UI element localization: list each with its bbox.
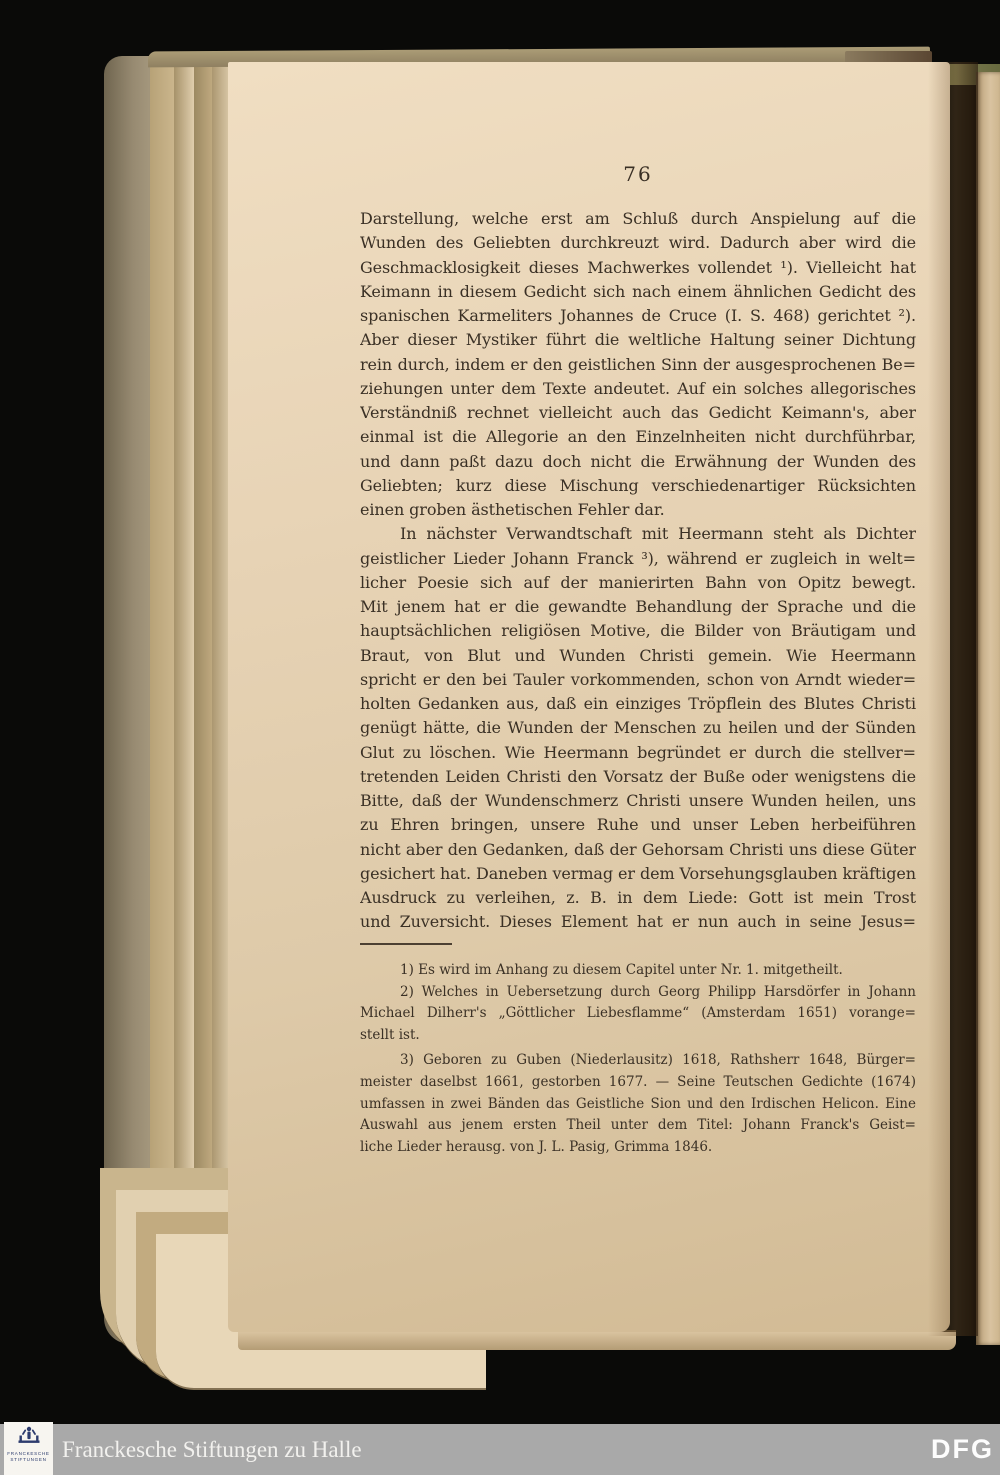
text-line: holten Gedanken aus, daß ein einziges Tr… xyxy=(360,692,916,716)
text-line: nicht aber den Gedanken, daß der Gehorsa… xyxy=(360,838,916,862)
footnote-line: Auswahl aus jenem ersten Theil unter dem… xyxy=(360,1115,916,1137)
text-line: spricht er den bei Tauler vorkommenden, … xyxy=(360,668,916,692)
page-stack-edge xyxy=(150,58,176,1348)
text-line: tretenden Leiden Christi den Vorsatz der… xyxy=(360,765,916,789)
footnote-separator xyxy=(360,943,452,945)
text-line: licher Poesie sich auf der manierirten B… xyxy=(360,571,916,595)
institution-name: Franckesche Stiftungen zu Halle xyxy=(62,1424,362,1475)
footnote-line: meister daselbst 1661, gestorben 1677. —… xyxy=(360,1072,916,1094)
book-page: 76 Darstellung, welche erst am Schluß du… xyxy=(228,62,950,1332)
text-line: Bitte, daß der Wundenschmerz Christi uns… xyxy=(360,789,916,813)
text-line: Mit jenem hat er die gewandte Behandlung… xyxy=(360,595,916,619)
dfg-logo: DFG xyxy=(931,1424,994,1475)
facing-page-sliver xyxy=(976,72,1000,1345)
footnote-1: 1) Es wird im Anhang zu diesem Capitel u… xyxy=(360,960,916,982)
footnote-line: Michael Dilherr's „Göttlicher Liebesflam… xyxy=(360,1003,916,1025)
text-line: und Zuversicht. Dieses Element hat er nu… xyxy=(360,910,916,934)
text-line: zu Ehren bringen, unsere Ruhe und unser … xyxy=(360,813,916,837)
text-line: Geliebten; kurz diese Mischung verschied… xyxy=(360,474,916,498)
footnote-line: 2) Welches in Uebersetzung durch Georg P… xyxy=(360,982,916,1004)
footnote-line: liche Lieder herausg. von J. L. Pasig, G… xyxy=(360,1137,916,1159)
text-line: Keimann in diesem Gedicht sich nach eine… xyxy=(360,280,916,304)
text-line: genügt hätte, die Wunden der Menschen zu… xyxy=(360,716,916,740)
text-line: einen groben ästhetischen Fehler dar. xyxy=(360,498,916,522)
text-line: und dann paßt dazu doch nicht die Erwähn… xyxy=(360,450,916,474)
text-line: Braut, von Blut und Wunden Christi gemei… xyxy=(360,644,916,668)
text-line: hauptsächlichen religiösen Motive, die B… xyxy=(360,619,916,643)
footnote-line: stellt ist. xyxy=(360,1025,916,1047)
text-line: ziehungen unter dem Texte andeutet. Auf … xyxy=(360,377,916,401)
text-line: einmal ist die Allegorie an den Einzelnh… xyxy=(360,425,916,449)
text-line: Aber dieser Mystiker führt die weltliche… xyxy=(360,328,916,352)
footnote-line: 3) Geboren zu Guben (Niederlausitz) 1618… xyxy=(360,1050,916,1072)
text-line: Verständniß rechnet vielleicht auch das … xyxy=(360,401,916,425)
text-line: gesichert hat. Daneben vermag er dem Vor… xyxy=(360,862,916,886)
page-number: 76 xyxy=(360,162,916,186)
viewer-canvas: 76 Darstellung, welche erst am Schluß du… xyxy=(0,0,1000,1475)
footnote-3: 3) Geboren zu Guben (Niederlausitz) 1618… xyxy=(360,1050,916,1158)
footnote-block: 1) Es wird im Anhang zu diesem Capitel u… xyxy=(360,960,916,1158)
logo-text-line2: STIFTUNGEN xyxy=(4,1457,53,1463)
text-line: In nächster Verwandtschaft mit Heermann … xyxy=(360,522,916,546)
text-line: Glut zu löschen. Wie Heermann begründet … xyxy=(360,741,916,765)
text-line: spanischen Karmeliters Johannes de Cruce… xyxy=(360,304,916,328)
text-line: Darstellung, welche erst am Schluß durch… xyxy=(360,207,916,231)
page-stack-edge xyxy=(174,58,196,1348)
text-line: Wunden des Geliebten durchkreuzt wird. D… xyxy=(360,231,916,255)
footnote-2: 2) Welches in Uebersetzung durch Georg P… xyxy=(360,982,916,1047)
footnote-line: umfassen in zwei Bänden das Geistliche S… xyxy=(360,1094,916,1116)
franckesche-stiftungen-icon xyxy=(16,1425,42,1447)
text-line: rein durch, indem er den geistlichen Sin… xyxy=(360,353,916,377)
text-line: geistlicher Lieder Johann Franck ³), wäh… xyxy=(360,547,916,571)
page-stack-edge xyxy=(194,58,214,1348)
body-text-block: Darstellung, welche erst am Schluß durch… xyxy=(360,207,916,935)
footnote-line: 1) Es wird im Anhang zu diesem Capitel u… xyxy=(360,960,916,982)
page-bottom-edge xyxy=(238,1330,956,1350)
text-line: Geschmacklosigkeit dieses Machwerkes vol… xyxy=(360,256,916,280)
franckesche-logo: FRANCKESCHE STIFTUNGEN xyxy=(4,1422,53,1475)
text-line: Ausdruck zu verleihen, z. B. in dem Lied… xyxy=(360,886,916,910)
